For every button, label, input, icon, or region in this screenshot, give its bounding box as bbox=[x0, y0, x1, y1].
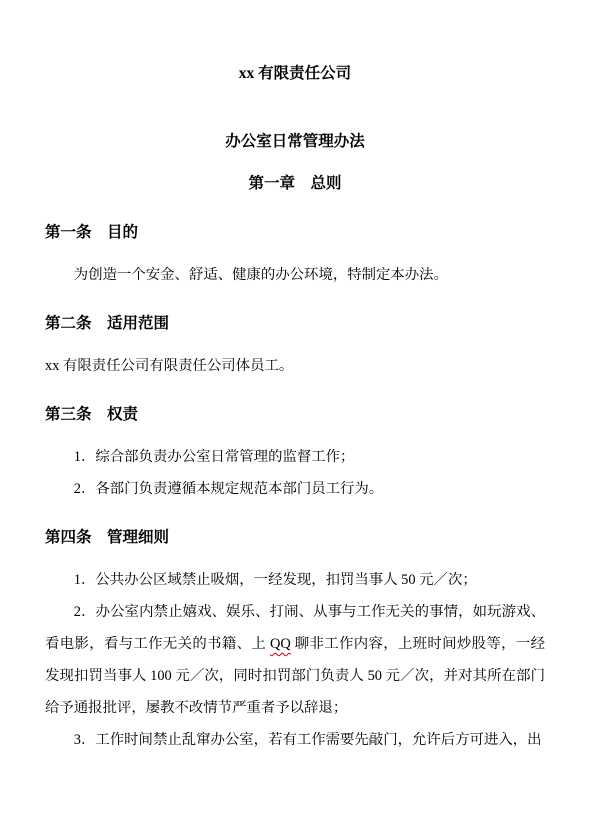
text-run: xx 有限责任公司有限责任公司体员工。 bbox=[45, 358, 293, 374]
text-run: 2．各部门负责遵循本规定规范本部门员工行为。 bbox=[74, 481, 383, 497]
text-run: 1．公共办公区域禁止吸烟，一经发现，扣罚当事人 50 元／次； bbox=[74, 572, 477, 588]
article-2-paragraph-1: xx 有限责任公司有限责任公司体员工。 bbox=[45, 350, 545, 382]
article-3-paragraph-2: 2．各部门负责遵循本规定规范本部门员工行为。 bbox=[45, 473, 545, 505]
article-heading-4: 第四条 管理细则 bbox=[45, 522, 545, 554]
document-title: 办公室日常管理办法 bbox=[45, 126, 545, 158]
text-run: 为创造一个安金、舒适、健康的办公环境，特制定本办法。 bbox=[74, 267, 448, 283]
article-4-paragraph-1: 1．公共办公区域禁止吸烟，一经发现，扣罚当事人 50 元／次； bbox=[45, 564, 545, 596]
article-4-paragraph-2: 2．办公室内禁止嬉戏、娱乐、打闹、从事与工作无关的事情，如玩游戏、看电影，看与工… bbox=[45, 596, 545, 724]
chapter-heading: 第一章 总则 bbox=[45, 168, 545, 200]
document-page: xx 有限责任公司 办公室日常管理办法 第一章 总则 第一条 目的为创造一个安金… bbox=[0, 0, 590, 821]
text-run: 3．工作时间禁止乱窜办公室，若有工作需要先敲门，允许后方可进入，出 bbox=[74, 732, 542, 748]
text-run: 1．综合部负责办公室日常管理的监督工作； bbox=[74, 449, 355, 465]
article-heading-1: 第一条 目的 bbox=[45, 217, 545, 249]
articles: 第一条 目的为创造一个安金、舒适、健康的办公环境，特制定本办法。第二条 适用范围… bbox=[45, 217, 545, 756]
article-heading-2: 第二条 适用范围 bbox=[45, 308, 545, 340]
article-4-paragraph-3: 3．工作时间禁止乱窜办公室，若有工作需要先敲门，允许后方可进入，出 bbox=[45, 724, 545, 756]
spellcheck-flagged-text: QQ bbox=[270, 636, 291, 652]
article-heading-3: 第三条 权责 bbox=[45, 399, 545, 431]
article-3-paragraph-1: 1．综合部负责办公室日常管理的监督工作； bbox=[45, 441, 545, 473]
company-title: xx 有限责任公司 bbox=[45, 58, 545, 90]
article-1-paragraph-1: 为创造一个安金、舒适、健康的办公环境，特制定本办法。 bbox=[45, 259, 545, 291]
